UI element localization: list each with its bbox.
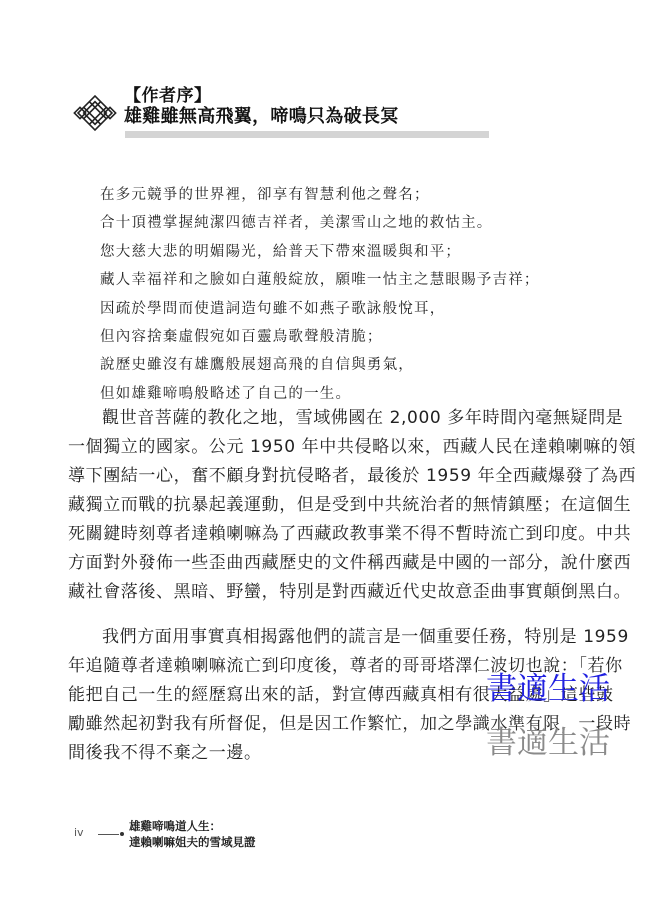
poem-line: 合十頂禮掌握純潔四德吉祥者，美潔雪山之地的救怙主。: [100, 209, 540, 237]
endless-knot-icon: [72, 94, 118, 132]
footer-rule: [98, 834, 119, 835]
section-label: 【作者序】: [124, 86, 212, 106]
paragraph-line: 藏社會落後、黑暗、野蠻，特別是對西藏近代史故意歪曲事實顛倒黑白。: [68, 578, 574, 607]
page-number: iv: [74, 826, 84, 839]
poem-line: 藏人幸福祥和之臉如白蓮般綻放，願唯一怙主之慧眼賜予吉祥；: [100, 266, 540, 294]
paragraph-line: 方面對外發佈一些歪曲西藏歷史的文件稱西藏是中國的一部分，說什麼西: [68, 549, 574, 578]
book-page: 【作者序】 雄雞雖無高飛翼，啼鳴只為破長冥 在多元競爭的世界裡，卻享有智慧利他之…: [0, 0, 664, 898]
paragraph-line: 藏獨立而戰的抗暴起義運動，但是受到中共統治者的無情鎮壓；在這個生: [68, 491, 574, 520]
paragraph-line: 觀世音菩薩的教化之地，雪域佛國在 2,000 多年時間內毫無疑問是: [68, 404, 574, 433]
poem-line: 因疏於學問而使遣詞造句雖不如燕子歌詠般悅耳，: [100, 295, 540, 323]
poem-line: 您大慈大悲的明媚陽光，給普天下帶來溫暖與和平；: [100, 238, 540, 266]
poem-line: 在多元競爭的世界裡，卻享有智慧利他之聲名；: [100, 181, 540, 209]
paragraph-line: 我們方面用事實真相揭露他們的謊言是一個重要任務，特別是 1959: [68, 623, 574, 652]
watermark-gray: 書適生活: [486, 726, 610, 760]
paragraph-line: 一個獨立的國家。公元 1950 年中共侵略以來，西藏人民在達賴喇嘛的領: [68, 433, 574, 462]
book-title-line-2: 達賴喇嘛姐夫的雪域見證: [129, 834, 256, 850]
footer-dot: [120, 832, 124, 836]
paragraph-line: 死關鍵時刻尊者達賴喇嘛為了西藏政教事業不得不暫時流亡到印度。中共: [68, 520, 574, 549]
paragraph-line: 導下團結一心，奮不顧身對抗侵略者，最後於 1959 年全西藏爆發了為西: [68, 462, 574, 491]
body-paragraph-1: 觀世音菩薩的教化之地，雪域佛國在 2,000 多年時間內毫無疑問是 一個獨立的國…: [68, 404, 574, 607]
title-underline-bar: [125, 131, 489, 138]
poem-line: 但內容捨棄虛假宛如百靈鳥歌聲般清脆；: [100, 323, 540, 351]
chapter-title: 雄雞雖無高飛翼，啼鳴只為破長冥: [124, 106, 399, 128]
poem-line: 說歷史雖沒有雄鷹般展翅高飛的自信與勇氣，: [100, 351, 540, 379]
book-title-line-1: 雄雞啼鳴道人生：: [129, 818, 256, 834]
running-footer-title: 雄雞啼鳴道人生： 達賴喇嘛姐夫的雪域見證: [129, 818, 256, 850]
watermark-blue: 書適生活: [486, 672, 610, 706]
preface-poem: 在多元競爭的世界裡，卻享有智慧利他之聲名； 合十頂禮掌握純潔四德吉祥者，美潔雪山…: [100, 181, 540, 408]
